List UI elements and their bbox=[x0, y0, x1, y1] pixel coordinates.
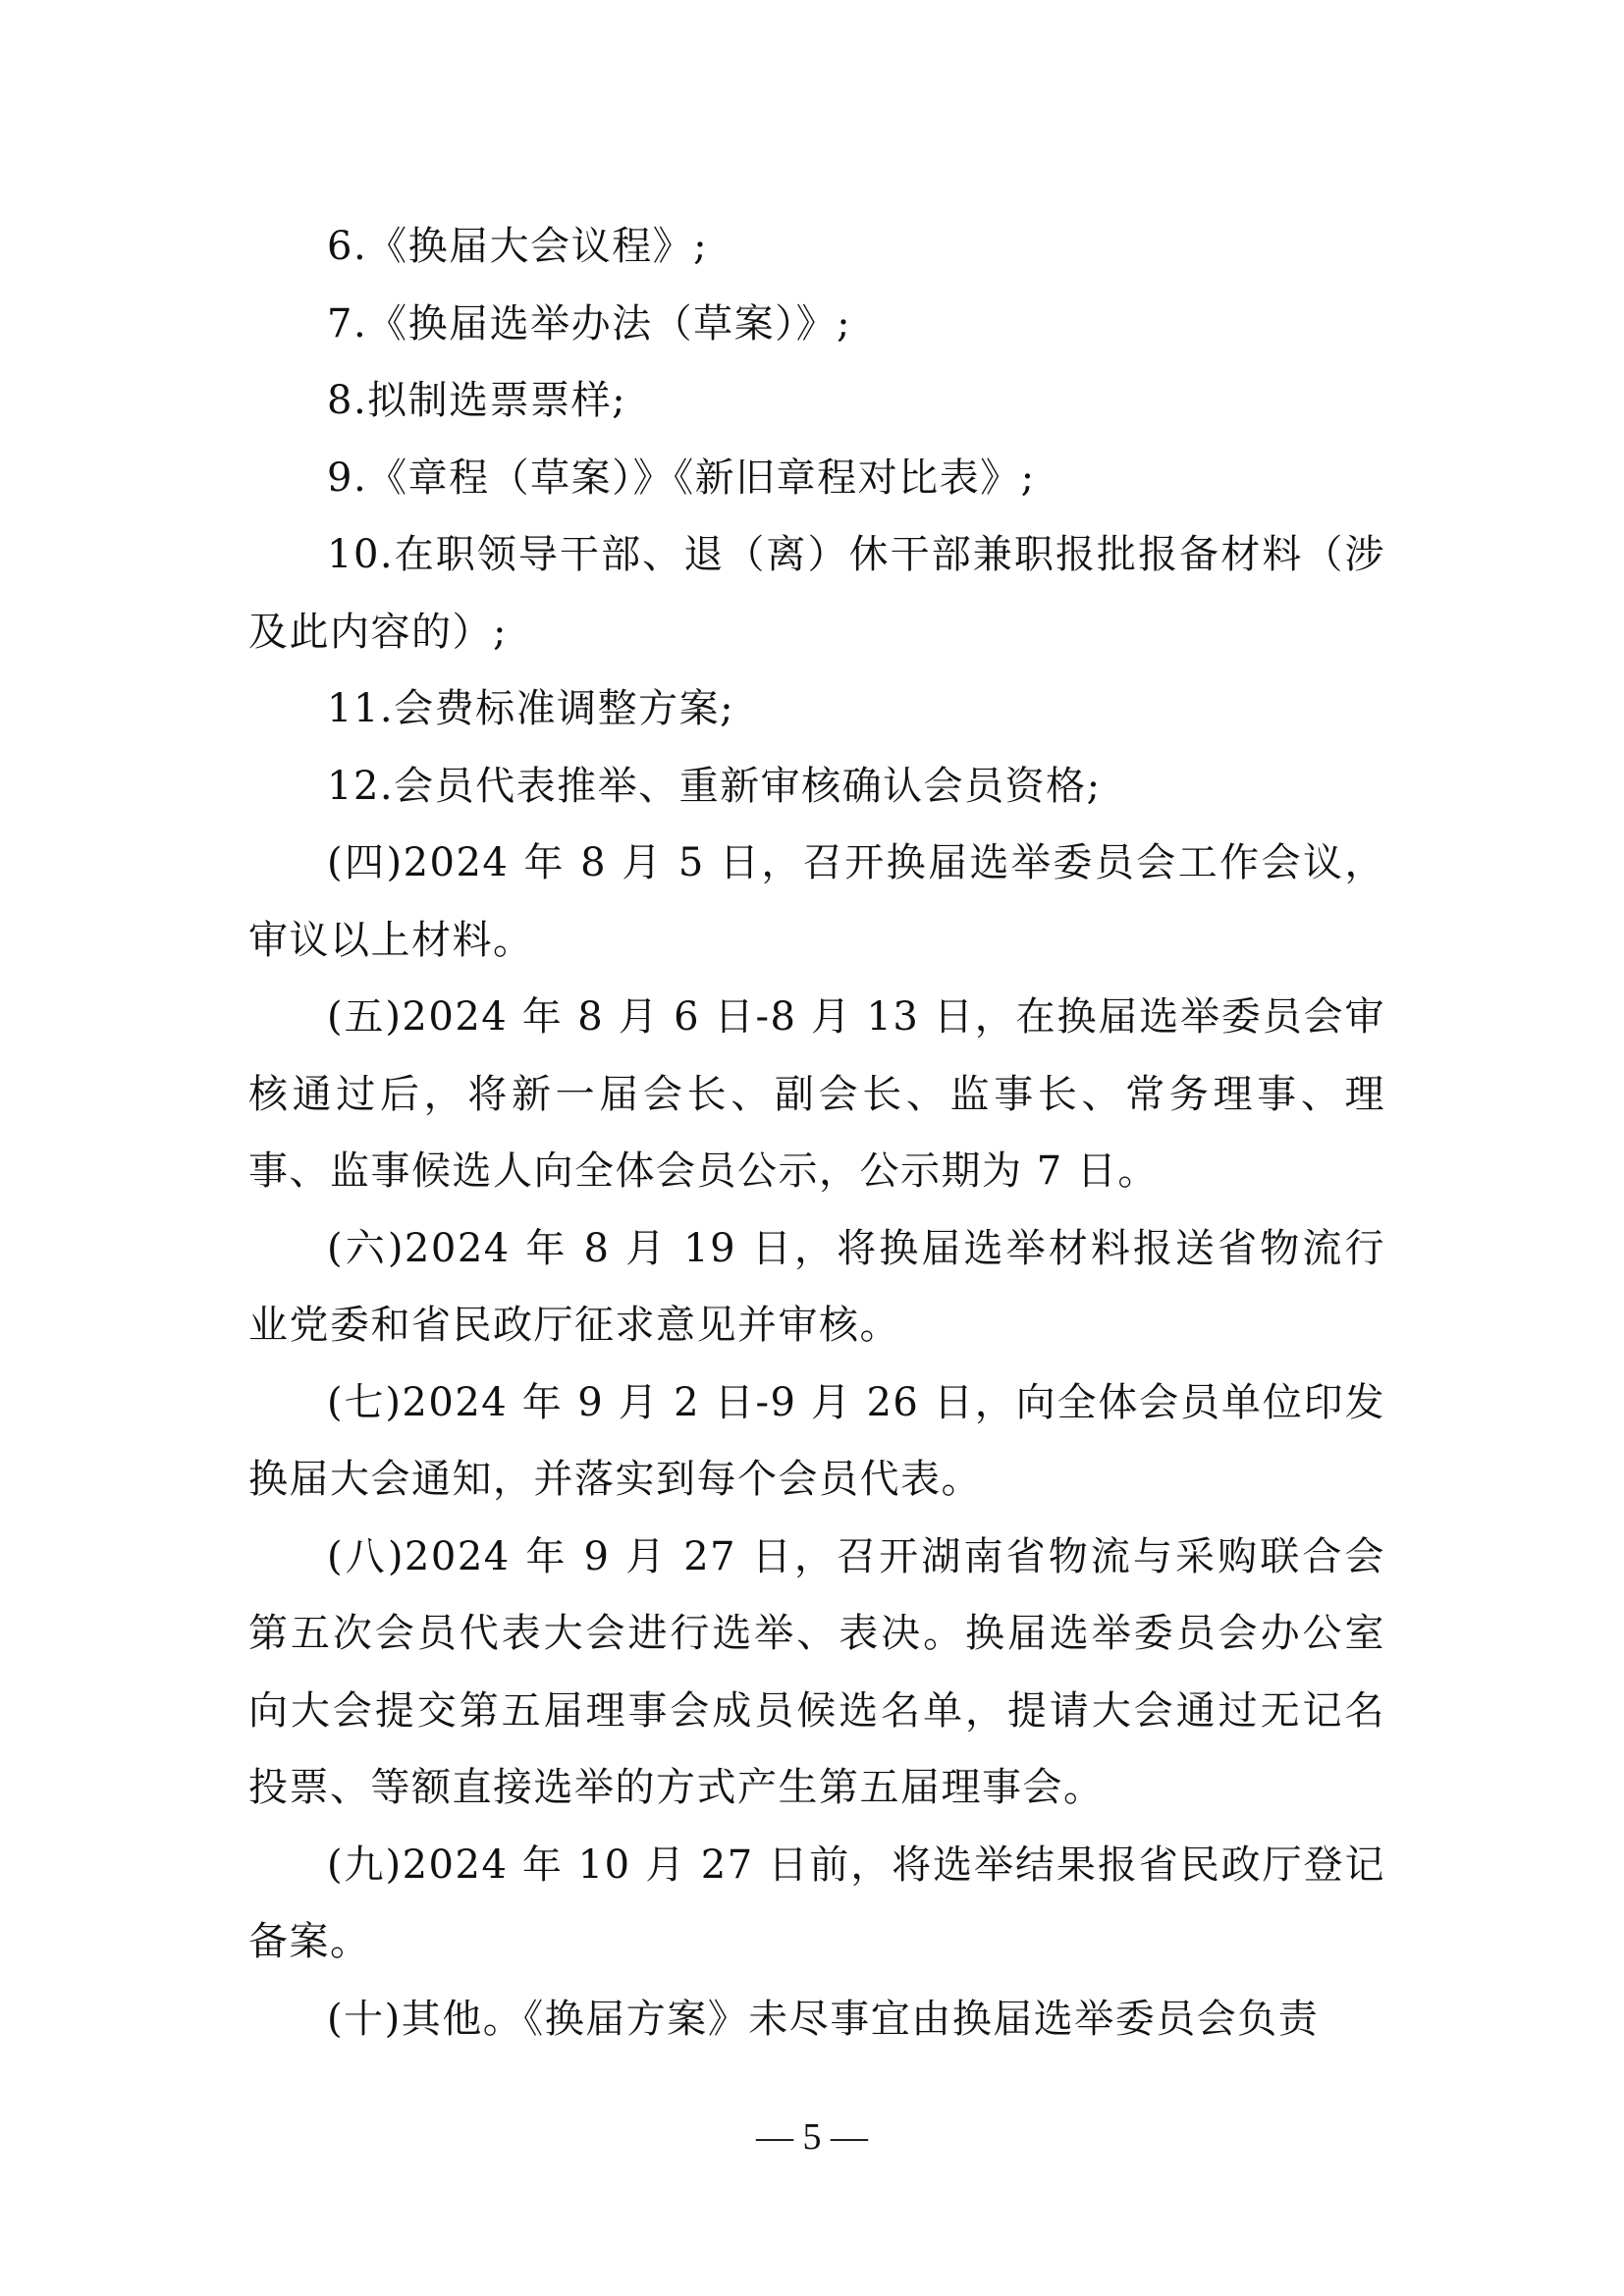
list-item-7: 7.《换届选举办法（草案）》; bbox=[248, 286, 1385, 363]
list-item-6: 6.《换届大会议程》; bbox=[248, 208, 1385, 286]
list-item-11: 11.会费标准调整方案; bbox=[248, 670, 1385, 748]
list-item-10: 10.在职领导干部、退（离）休干部兼职报批报备材料（涉及此内容的）; bbox=[248, 516, 1385, 670]
list-item-8: 8.拟制选票票样; bbox=[248, 362, 1385, 440]
section-7: (七)2024 年 9 月 2 日-9 月 26 日，向全体会员单位印发换届大会… bbox=[248, 1364, 1385, 1519]
section-5: (五)2024 年 8 月 6 日-8 月 13 日，在换届选举委员会审核通过后… bbox=[248, 979, 1385, 1210]
list-item-12: 12.会员代表推举、重新审核确认会员资格; bbox=[248, 748, 1385, 826]
section-4: (四)2024 年 8 月 5 日，召开换届选举委员会工作会议，审议以上材料。 bbox=[248, 825, 1385, 979]
section-8: (八)2024 年 9 月 27 日，召开湖南省物流与采购联合会第五次会员代表大… bbox=[248, 1519, 1385, 1827]
list-item-9: 9.《章程（草案）》《新旧章程对比表》; bbox=[248, 440, 1385, 517]
section-6: (六)2024 年 8 月 19 日，将换届选举材料报送省物流行业党委和省民政厅… bbox=[248, 1210, 1385, 1364]
document-body: 6.《换届大会议程》; 7.《换届选举办法（草案）》; 8.拟制选票票样; 9.… bbox=[248, 208, 1385, 2057]
section-10: (十)其他。《换届方案》未尽事宜由换届选举委员会负责 bbox=[248, 1981, 1385, 2058]
document-page: 6.《换届大会议程》; 7.《换届选举办法（草案）》; 8.拟制选票票样; 9.… bbox=[0, 0, 1624, 2296]
page-number: — 5 — bbox=[0, 2115, 1624, 2159]
section-9: (九)2024 年 10 月 27 日前，将选举结果报省民政厅登记备案。 bbox=[248, 1827, 1385, 1981]
